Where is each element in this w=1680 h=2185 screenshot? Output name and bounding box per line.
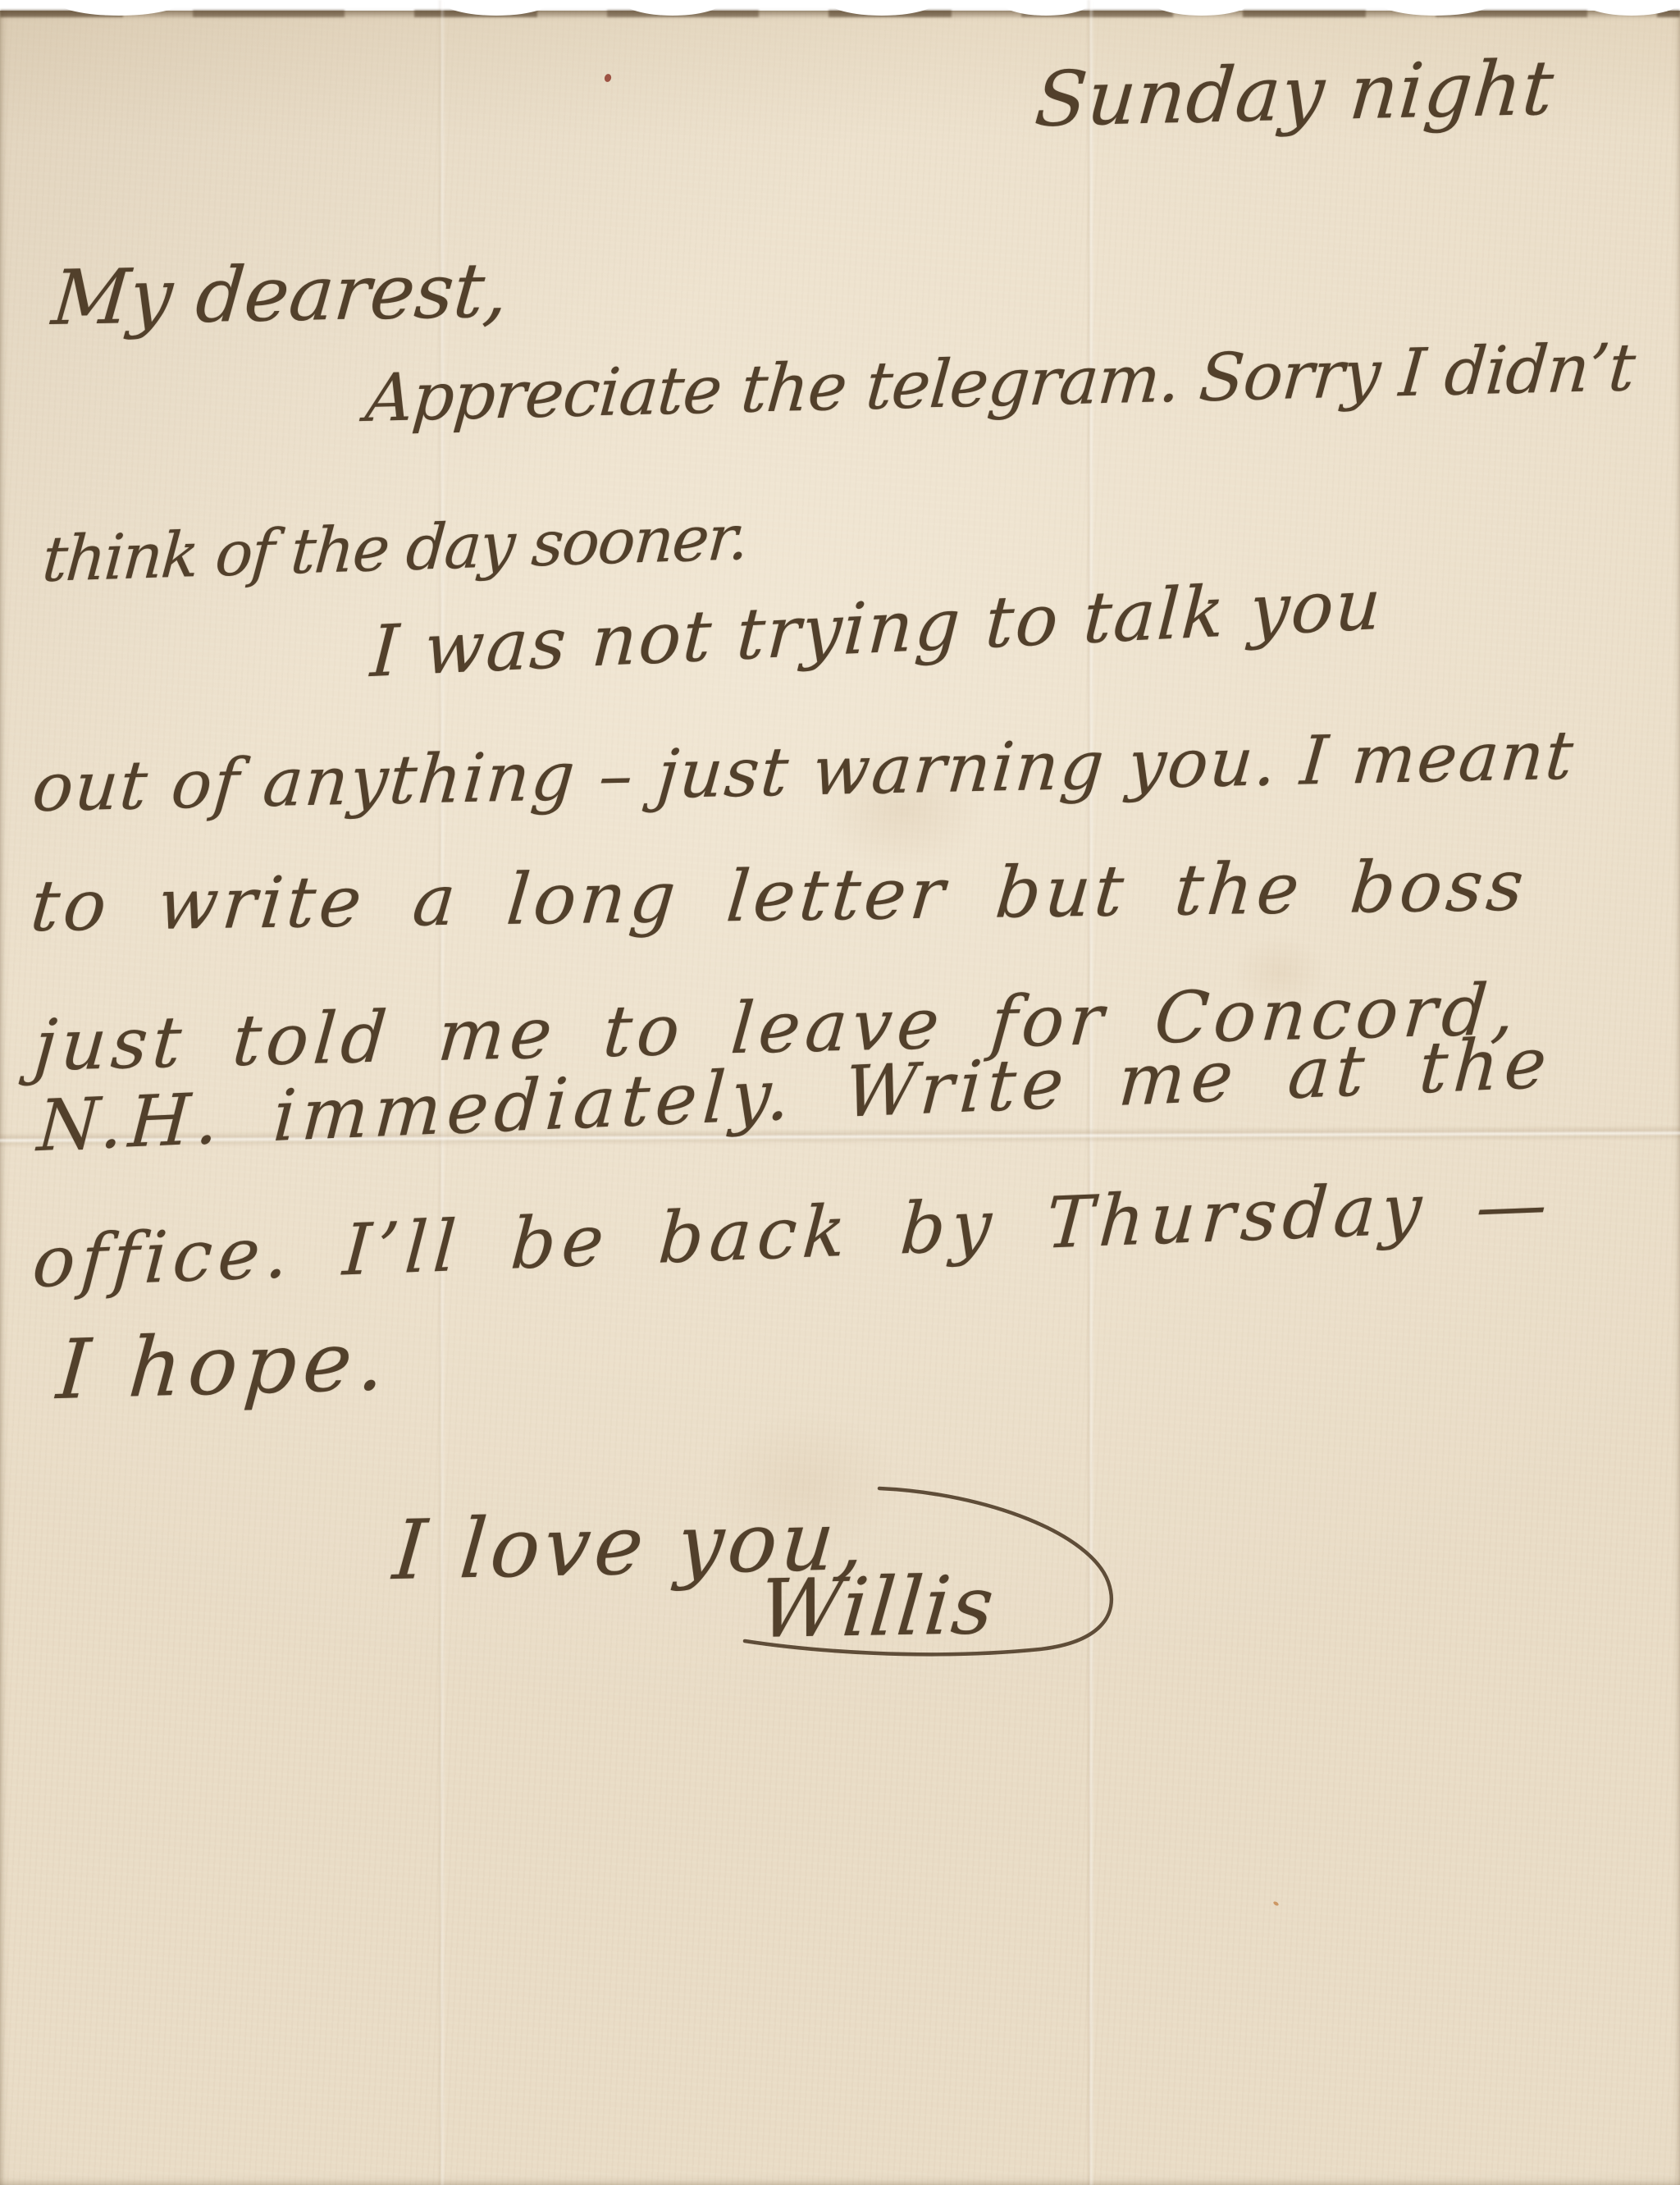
body-line-9: I hope.: [54, 1320, 394, 1412]
salutation: My dearest,: [49, 253, 511, 336]
scanned-letter: Sunday night My dearest, Appreciate the …: [0, 0, 1680, 2185]
date-line: Sunday night: [1032, 51, 1557, 139]
signature: Willis: [756, 1566, 998, 1650]
body-line-5: to write a long letter but the boss: [28, 850, 1531, 942]
